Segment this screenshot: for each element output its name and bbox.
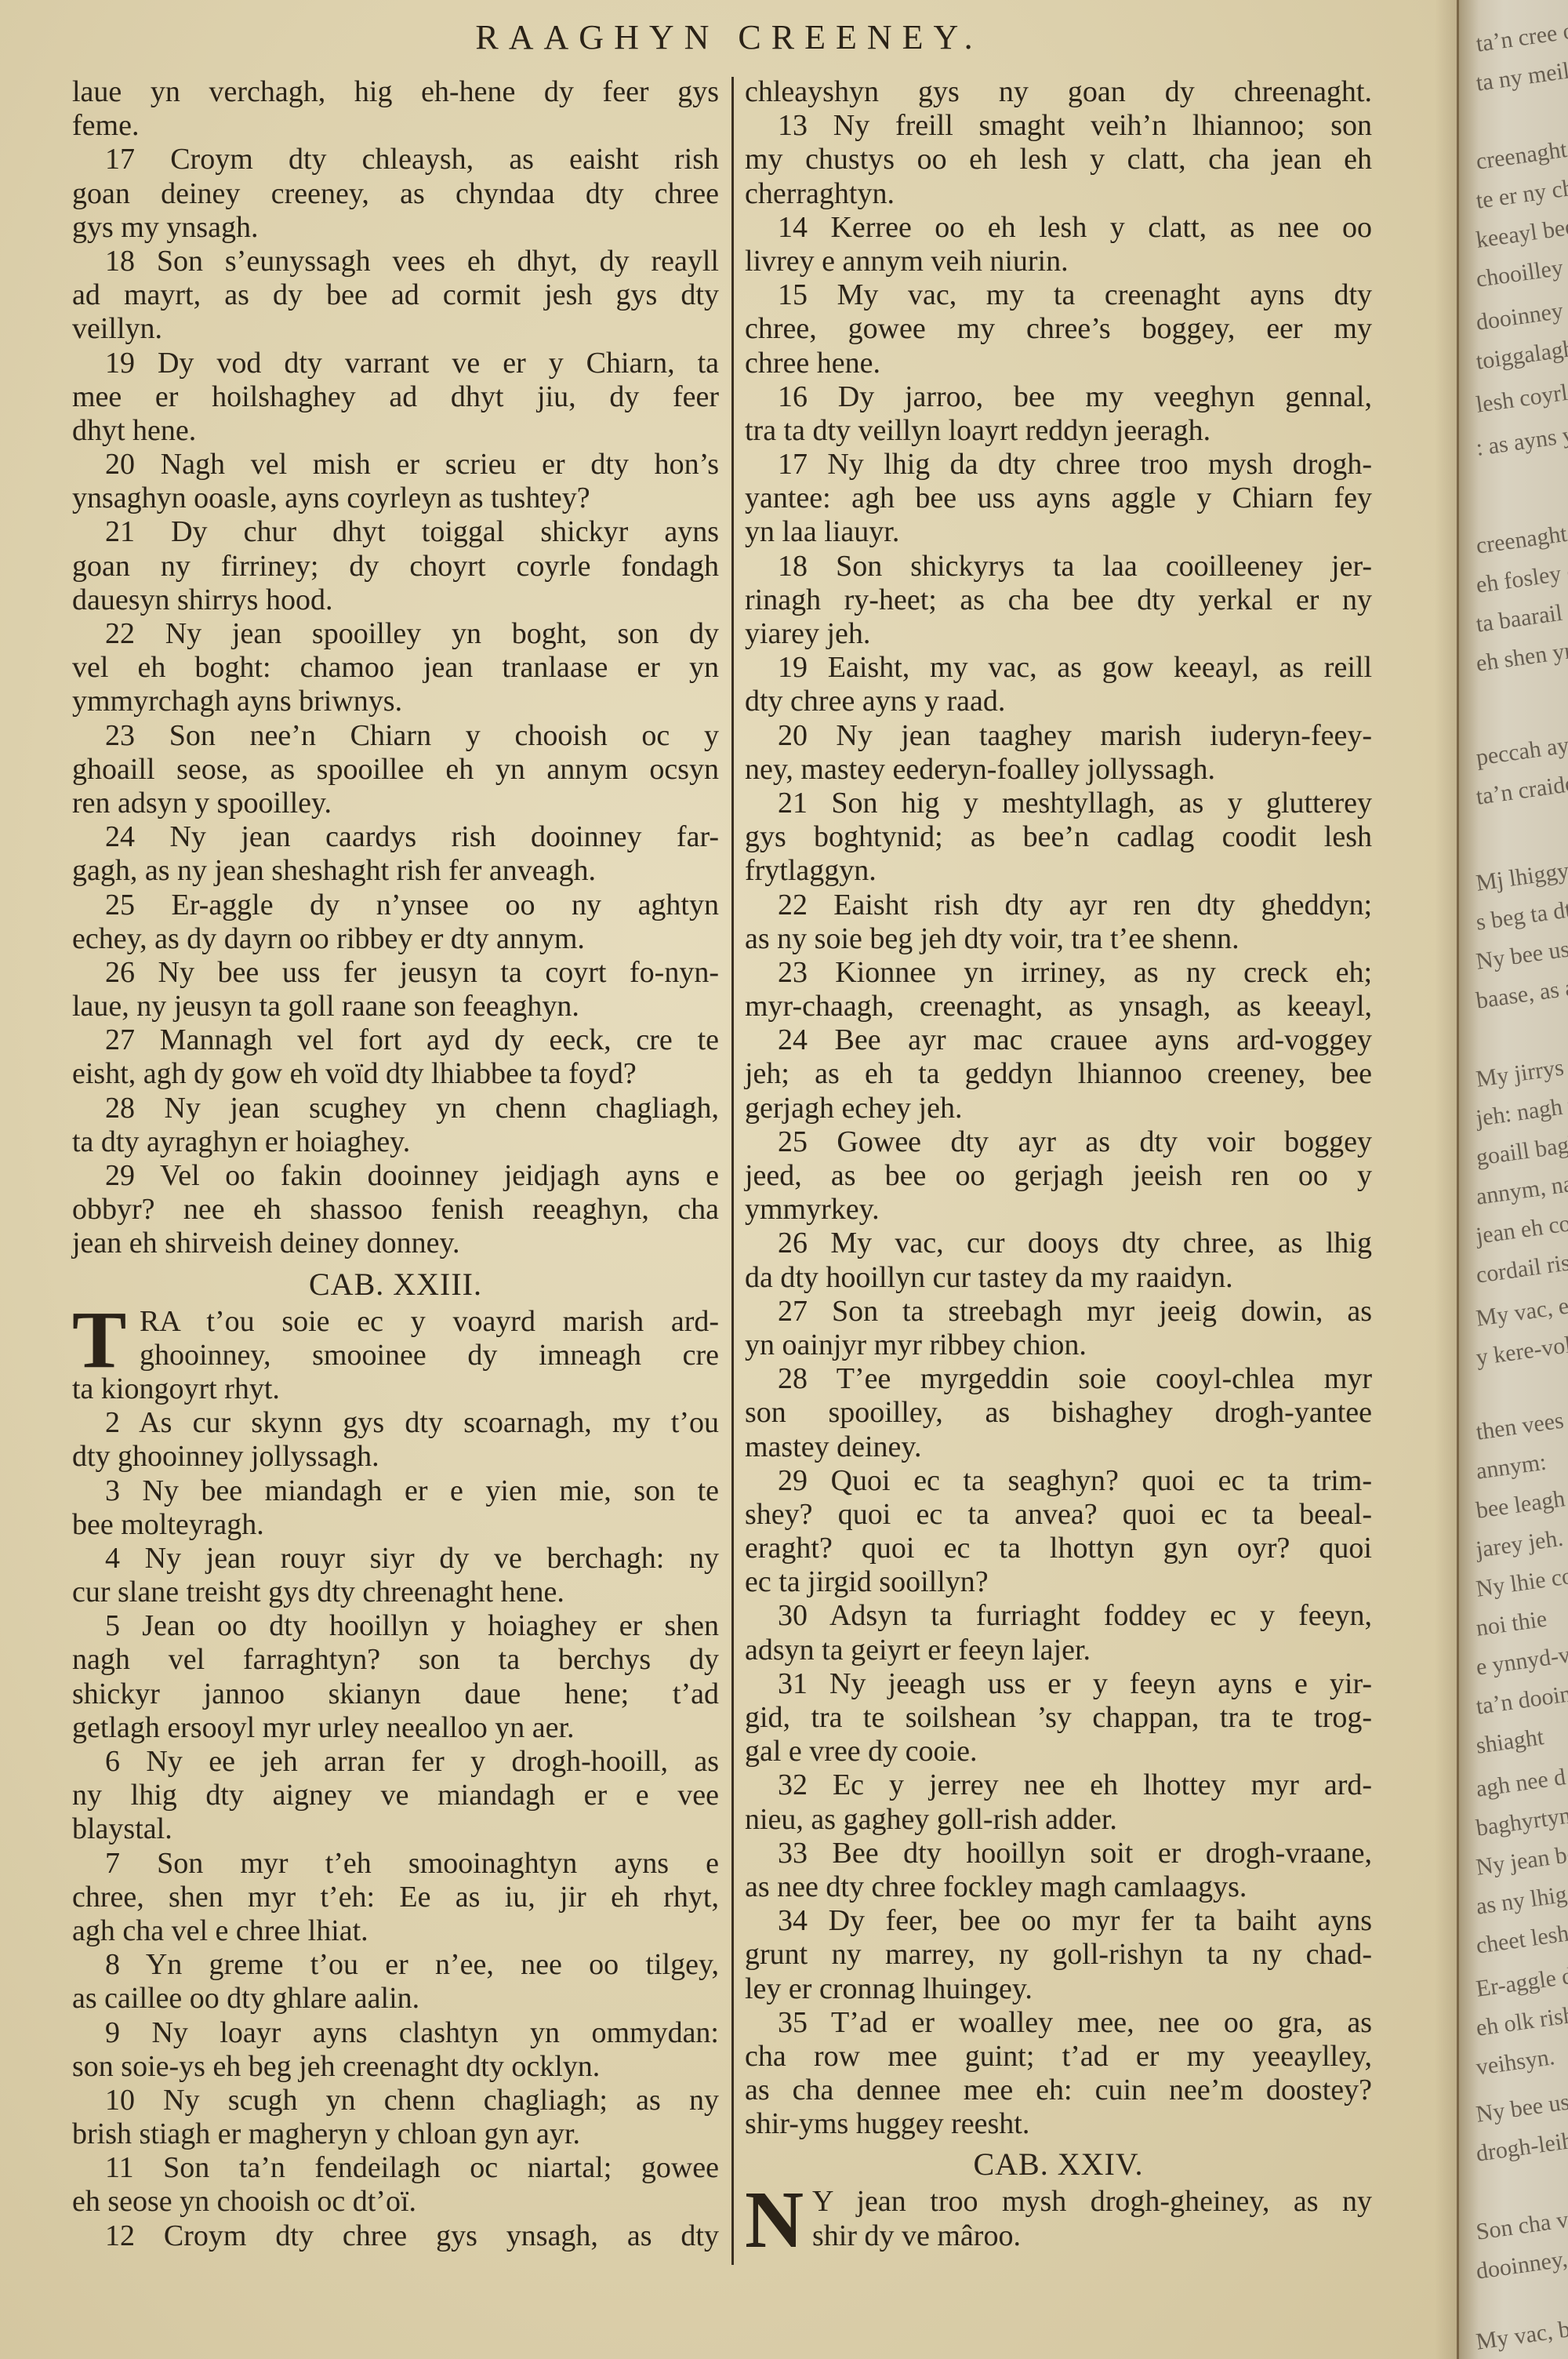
verse-line: ynsaghyn ooasle, ayns coyrleyn as tushte… — [72, 482, 719, 515]
verse-line: 19 Dy vod dty varrant ve er y Chiarn, ta — [72, 347, 719, 380]
verse-line: adsyn ta geiyrt er feeyn lajer. — [745, 1634, 1372, 1667]
verse-line: ghooinney, smooinee dy imneagh cre — [72, 1339, 719, 1372]
next-page-text-fragment: Mj lhiggys oo dty c — [1475, 845, 1568, 896]
verse-line: chleayshyn gys ny goan dy chreenaght. — [745, 75, 1372, 109]
verse-line: 12 Croym dty chree gys ynsagh, as dty — [72, 2219, 719, 2253]
right-column: chleayshyn gys ny goan dy chreenaght.13 … — [745, 75, 1372, 2253]
verse-line: shey? quoi ec ta anvea? quoi ec ta beeal… — [745, 1498, 1372, 1532]
verse-line: chree, shen myr t’eh: Ee as iu, jir eh r… — [72, 1881, 719, 1914]
verse-line: gid, tra te soilshean ’sy chappan, tra t… — [745, 1701, 1372, 1735]
verse-line: yantee: agh bee uss ayns aggle y Chiarn … — [745, 482, 1372, 515]
verse-line: shir-yms huggey reesht. — [745, 2107, 1372, 2141]
verse-line: 13 Ny freill smaght veih’n lhiannoo; son — [745, 109, 1372, 143]
verse-line: bee molteyragh. — [72, 1508, 719, 1542]
next-page-text-fragment: cheet lesh: — [1475, 1919, 1568, 1959]
verse-line: gagh, as ny jean sheshaght rish fer anve… — [72, 854, 719, 888]
verse-line: 20 Nagh vel mish er scrieu er dty hon’s — [72, 448, 719, 482]
verse-line: 26 Ny bee uss fer jeusyn ta coyrt fo-nyn… — [72, 956, 719, 990]
left-column: laue yn verchagh, hig eh-hene dy feer gy… — [72, 75, 719, 2253]
next-page-text-fragment: y kere-volley — [1475, 1328, 1568, 1372]
next-page-text-fragment: dooinney, as b — [1475, 2240, 1568, 2285]
next-page-text-fragment: noi thie — [1475, 1606, 1549, 1642]
verse-line: 24 Bee ayr mac crauee ayns ard-voggey — [745, 1023, 1372, 1057]
verse-line: cur slane treisht gys dty chreenaght hen… — [72, 1576, 719, 1609]
verse-line: vel eh boght: chamoo jean tranlaase er y… — [72, 651, 719, 685]
verse-line: 16 Dy jarroo, bee my veeghyn gennal, — [745, 380, 1372, 414]
running-head: RAAGHYN CREENEY. — [0, 17, 1458, 57]
verse-line: chree, gowee my chree’s boggey, eer my — [745, 312, 1372, 346]
next-page-text-fragment: : as ayns ymm — [1475, 416, 1568, 462]
verse-line: 18 Son s’eunyssagh vees eh dhyt, dy reay… — [72, 245, 719, 278]
verse-line: 6 Ny ee jeh arran fer y drogh-hooill, as — [72, 1745, 719, 1779]
next-page-text-fragment: jarey jeh. — [1475, 1525, 1565, 1564]
verse-line: tra ta dty veillyn loayrt reddyn jeeragh… — [745, 414, 1372, 448]
next-page-text-fragment: goaill baght je — [1475, 1126, 1568, 1172]
verse-line: veillyn. — [72, 312, 719, 346]
verse-line: dauesyn shirrys hood. — [72, 583, 719, 617]
verse-line: 7 Son myr t’eh smooinaghtyn ayns e — [72, 1847, 719, 1881]
verse-line: 17 Croym dty chleaysh, as eaisht rish — [72, 143, 719, 176]
verse-line: 27 Mannagh vel fort ayd dy eeck, cre te — [72, 1023, 719, 1057]
verse-line: gerjagh echey jeh. — [745, 1092, 1372, 1125]
next-page-text-fragment: agh nee d — [1475, 1764, 1568, 1803]
verse-line: as nee dty chree fockley magh camlaagys. — [745, 1870, 1372, 1904]
verse-line: yn oainjyr myr ribbey chion. — [745, 1329, 1372, 1362]
next-page-edge: ta’n cree octa ny meillyn occreenaght ta… — [1457, 0, 1568, 2359]
verse-line: 32 Ec y jerrey nee eh lhottey myr ard- — [745, 1768, 1372, 1802]
verse-line: 24 Ny jean caardys rish dooinney far- — [72, 820, 719, 854]
next-page-text-fragment: ta baarail e che — [1475, 592, 1568, 638]
next-page-text-fragment: Ny jean bogg — [1475, 1837, 1568, 1881]
verse-line: ney, mastey eederyn-foalley jollyssagh. — [745, 753, 1372, 787]
verse-line: my chustys oo eh lesh y clatt, cha jean … — [745, 143, 1372, 176]
verse-line: agh cha vel e chree lhiat. — [72, 1914, 719, 1948]
verse-line: 8 Yn greme t’ou er n’ee, nee oo tilgey, — [72, 1948, 719, 1982]
verse-line: 27 Son ta streebagh myr jeeig dowin, as — [745, 1295, 1372, 1329]
verse-line: 26 My vac, cur dooys dty chree, as lhig — [745, 1227, 1372, 1260]
next-page-text-fragment: eh olk rish, — [1475, 2001, 1568, 2041]
verse-line: 10 Ny scugh yn chenn chagliagh; as ny — [72, 2084, 719, 2117]
verse-line: 22 Ny jean spooilley yn boght, son dy — [72, 617, 719, 651]
next-page-text-fragment: s beg ta dty n — [1475, 892, 1568, 936]
verse-line: dty chree ayns y raad. — [745, 685, 1372, 718]
next-page-text-fragment: e ynnyd-vagh — [1475, 1637, 1568, 1681]
verse-line: laue yn verchagh, hig eh-hene dy feer gy… — [72, 75, 719, 109]
verse-line: 25 Er-aggle dy n’ynsee oo ny aghtyn — [72, 889, 719, 922]
verse-line: getlagh ersooyl myr urley neealloo yn ae… — [72, 1711, 719, 1745]
next-page-text-fragment: Ny bee us — [1475, 2088, 1568, 2128]
verse-line: 21 Son hig y meshtyllagh, as y glutterey — [745, 787, 1372, 820]
verse-line: as ny soie beg jeh dty voir, tra t’ee sh… — [745, 922, 1372, 956]
verse-line: eisht, agh dy gow eh voïd dty lhiabbee t… — [72, 1057, 719, 1091]
verse-line: gys boghtynid; as bee’n cadlag coodit le… — [745, 820, 1372, 854]
verse-line: 18 Son shickyrys ta laa cooilleeney jer- — [745, 550, 1372, 583]
verse-line: 5 Jean oo dty hooillyn y hoiaghey er she… — [72, 1609, 719, 1643]
verse-line: ymmyrkey. — [745, 1193, 1372, 1227]
verse-line: dty ghooinney jollyssagh. — [72, 1440, 719, 1474]
next-page-text-fragment: dooinney creeney — [1475, 287, 1568, 336]
verse-line: ghoaill seose, as spooillee eh yn annym … — [72, 753, 719, 787]
column-divider — [731, 77, 734, 2265]
book-page: RAAGHYN CREENEY. laue yn verchagh, hig e… — [0, 0, 1466, 2359]
verse-line: laue, ny jeusyn ta goll raane son feeagh… — [72, 990, 719, 1023]
verse-line: as cha dennee mee eh: cuin nee’m doostey… — [745, 2074, 1372, 2107]
next-page-text-fragment: jeh: nagh vel — [1475, 1089, 1568, 1132]
verse-line: ny lhig dty aigney ve miandagh er e vee — [72, 1779, 719, 1812]
next-page-text-fragment: keeayl bee ny sl — [1475, 206, 1568, 253]
verse-line: cherraghtyn. — [745, 177, 1372, 211]
next-page-text-fragment: eh shen yn goo — [1475, 631, 1568, 678]
next-page-text-fragment: ta’n cree oc — [1475, 16, 1568, 58]
verse-line: ta dty ayraghyn er hoiaghey. — [72, 1125, 719, 1159]
verse-line: gys my ynsagh. — [72, 211, 719, 245]
verse-line: blaystal. — [72, 1812, 719, 1846]
next-page-text-fragment: Ny lhie cooyl- — [1475, 1558, 1568, 1603]
verse-line: feme. — [72, 109, 719, 143]
verse-line: jean eh shirveish deiney donney. — [72, 1227, 719, 1260]
verse-line: 3 Ny bee miandagh er e yien mie, son te — [72, 1474, 719, 1508]
verse-line: echey, as dy dayrn oo ribbey er dty anny… — [72, 922, 719, 956]
verse-line: 20 Ny jean taaghey marish iuderyn-feey- — [745, 719, 1372, 753]
chapter-opening: TRA t’ou soie ec y voayrd marish ard-gho… — [72, 1305, 719, 1372]
next-page-text-fragment: baghyrtyn. — [1475, 1801, 1568, 1842]
verse-line: 17 Ny lhig da dty chree troo mysh drogh- — [745, 448, 1372, 482]
verse-line: chree hene. — [745, 347, 1372, 380]
verse-line: 31 Ny jeeagh uss er y feeyn ayns e yir- — [745, 1667, 1372, 1701]
verse-line: 29 Quoi ec ta seaghyn? quoi ec ta trim- — [745, 1464, 1372, 1498]
verse-line: rinagh ry-heet; as cha bee dty yerkal er… — [745, 583, 1372, 617]
verse-line: 35 T’ad er woalley mee, nee oo gra, as — [745, 2006, 1372, 2040]
verse-line: cha row mee guint; t’ad er my yeeaylley, — [745, 2040, 1372, 2074]
verse-line: 30 Adsyn ta furriaght foddey ec y feeyn, — [745, 1599, 1372, 1633]
verse-line: myr-chaagh, creenaght, as ynsagh, as kee… — [745, 990, 1372, 1023]
chapter-opening: NY jean troo mysh drogh-gheiney, as nysh… — [745, 2185, 1372, 2252]
next-page-text-fragment: annym: — [1475, 1449, 1548, 1485]
verse-line: da dty hooillyn cur tastey da my raaidyn… — [745, 1261, 1372, 1295]
verse-line: goan deiney creeney, as chyndaa dty chre… — [72, 177, 719, 211]
next-page-text-fragment: jean eh cooillee — [1475, 1203, 1568, 1250]
drop-cap-letter: T — [72, 1307, 126, 1374]
next-page-text-fragment: peccah ayns smo — [1475, 723, 1568, 772]
verse-line: 25 Gowee dty ayr as dty voir boggey — [745, 1125, 1372, 1159]
verse-line: ley er cronnag lhuingey. — [745, 1972, 1372, 2006]
next-page-text-fragment: bee leagh ayd — [1475, 1480, 1568, 1525]
verse-line: ta kiongoyrt rhyt. — [72, 1372, 719, 1406]
verse-line: jeh; as eh ta geddyn lhiannoo creeney, b… — [745, 1057, 1372, 1091]
verse-line: frytlaggyn. — [745, 854, 1372, 888]
verse-line: 28 T’ee myrgeddin soie cooyl-chlea myr — [745, 1362, 1372, 1396]
verse-line: 9 Ny loayr ayns clashtyn yn ommydan: — [72, 2016, 719, 2050]
verse-line: 2 As cur skynn gys dty scoarnagh, my t’o… — [72, 1406, 719, 1440]
next-page-text-fragment: creenaght erskyn ro — [1475, 507, 1568, 560]
next-page-text-fragment: lesh coyrle chree — [1475, 370, 1568, 419]
verse-line: 11 Son ta’n fendeilagh oc niartal; gowee — [72, 2151, 719, 2185]
verse-line: mee er hoilshaghey ad dhyt jiu, dy feer — [72, 380, 719, 414]
next-page-text-fragment: Er-aggle dy v — [1475, 1959, 1568, 2003]
next-page-text-fragment: ta’n craidoilagh — [1475, 764, 1568, 811]
verse-line: shickyr jannoo skianyn daue hene; t’ad — [72, 1677, 719, 1711]
verse-line: 15 My vac, my ta creenaght ayns dty — [745, 278, 1372, 312]
verse-line: mastey deiney. — [745, 1430, 1372, 1464]
next-page-text-fragment: My vac, ee uss — [1475, 1286, 1568, 1332]
next-page-text-fragment: then vees y — [1475, 1405, 1568, 1445]
verse-line: ren adsyn y spooilley. — [72, 787, 719, 820]
verse-line: gal e vree dy cooie. — [745, 1735, 1372, 1768]
verse-line: obbyr? nee eh shassoo fenish reeaghyn, c… — [72, 1193, 719, 1227]
next-page-text-fragment: ta’n dooin — [1475, 1681, 1568, 1721]
verse-line: ad mayrt, as dy bee ad cormit jesh gys d… — [72, 278, 719, 312]
verse-line: son spooilley, as bishaghey drogh-yantee — [745, 1396, 1372, 1430]
next-page-text-fragment: Son cha vel — [1475, 2205, 1568, 2246]
next-page-text-fragment: cordail rish e — [1475, 1245, 1568, 1289]
verse-line: 23 Son nee’n Chiarn y chooish oc y — [72, 719, 719, 753]
verse-line: grunt ny marrey, ny goll-rishyn ta ny ch… — [745, 1938, 1372, 1972]
chapter-heading: CAB. XXIV. — [745, 2141, 1372, 2185]
verse-line: nagh vel farraghtyn? son ta berchys dy — [72, 1643, 719, 1677]
next-page-text-fragment: My vac, b — [1475, 2316, 1568, 2355]
drop-cap-letter: N — [745, 2186, 804, 2254]
verse-line: goan ny firriney; dy choyrt coyrle fonda… — [72, 550, 719, 583]
next-page-text-fragment: veihsyn. — [1475, 2044, 1557, 2081]
verse-line: 19 Eaisht, my vac, as gow keeayl, as rei… — [745, 651, 1372, 685]
verse-line: jeed, as bee oo gerjagh jeeish ren oo y — [745, 1159, 1372, 1193]
verse-line: RA t’ou soie ec y voayrd marish ard- — [72, 1305, 719, 1339]
verse-line: as caillee oo dty ghlare aalin. — [72, 1982, 719, 2016]
next-page-text-fragment: ta ny meillyn oc — [1475, 49, 1568, 97]
verse-line: ymmyrchagh ayns briwnys. — [72, 685, 719, 718]
verse-line: Y jean troo mysh drogh-gheiney, as ny — [745, 2185, 1372, 2219]
verse-line: son soie-ys eh beg jeh creenaght dty ock… — [72, 2050, 719, 2084]
verse-line: 28 Ny jean scughey yn chenn chagliagh, — [72, 1092, 719, 1125]
next-page-text-fragment: as ny lhig da c — [1475, 1875, 1568, 1921]
verse-line: nieu, as gaghey goll-rish adder. — [745, 1803, 1372, 1837]
verse-line: 29 Vel oo fakin dooinney jeidjagh ayns e — [72, 1159, 719, 1193]
verse-line: 21 Dy chur dhyt toiggal shickyr ayns — [72, 515, 719, 549]
next-page-text-fragment: baase, as adsyn — [1475, 969, 1568, 1015]
verse-line: yiarey jeh. — [745, 617, 1372, 651]
verse-line: eh seose yn chooish oc dt’oï. — [72, 2185, 719, 2219]
verse-line: ec ta jirgid sooillyn? — [745, 1565, 1372, 1599]
verse-line: 34 Dy feer, bee oo myr fer ta baiht ayns — [745, 1904, 1372, 1938]
verse-line: shir dy ve mâroo. — [745, 2219, 1372, 2253]
next-page-text-fragment: shiaght — [1475, 1724, 1546, 1760]
verse-line: 33 Bee dty hooillyn soit er drogh-vraane… — [745, 1837, 1372, 1870]
verse-line: 23 Kionnee yn irriney, as ny creck eh; — [745, 956, 1372, 990]
verse-line: 14 Kerree oo eh lesh y clatt, as nee oo — [745, 211, 1372, 245]
verse-line: livrey e annym veih niurin. — [745, 245, 1372, 278]
verse-line: eraght? quoi ec ta lhottyn gyn oyr? quoi — [745, 1532, 1372, 1565]
chapter-heading: CAB. XXIII. — [72, 1261, 719, 1305]
next-page-text-fragment: My jirrys oo, Cu — [1475, 1045, 1568, 1093]
verse-line: brish stiagh er magheryn y chloan gyn ay… — [72, 2117, 719, 2151]
verse-line: yn laa liauyr. — [745, 515, 1372, 549]
verse-line: 4 Ny jean rouyr siyr dy ve berchagh: ny — [72, 1542, 719, 1576]
verse-line: 22 Eaisht rish dty ayr ren dty gheddyn; — [745, 889, 1372, 922]
verse-line: dhyt hene. — [72, 414, 719, 448]
next-page-text-fragment: creenaght ta th — [1475, 130, 1568, 176]
